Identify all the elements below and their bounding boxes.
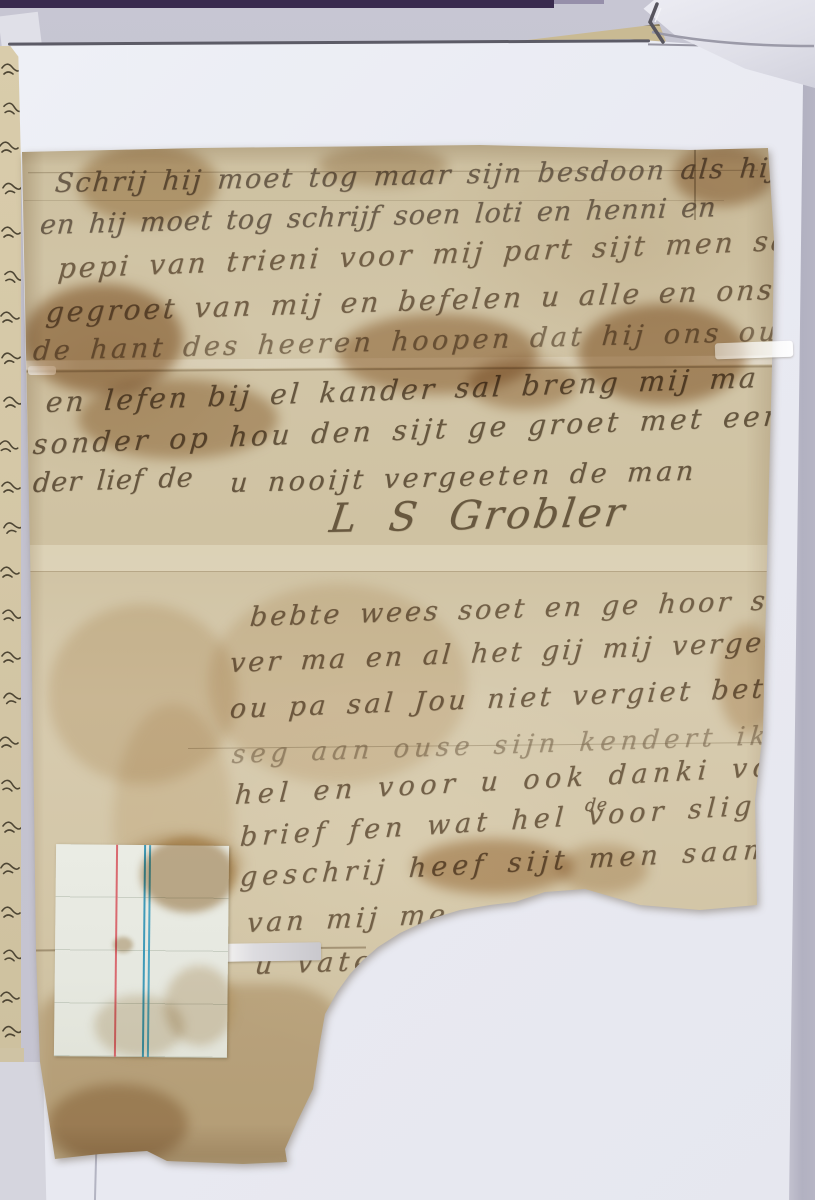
ledger-stain: [94, 995, 185, 1058]
tape-piece-silver: [225, 942, 321, 962]
stain: [78, 144, 218, 224]
handwritten-insert-above: de: [584, 795, 608, 816]
folded-paper-creases: [0, 0, 815, 120]
ledger-paper-patch: [54, 844, 229, 1058]
fold-band-middle: [18, 545, 780, 571]
fold-band-middle-edge: [18, 571, 773, 572]
stain: [78, 379, 278, 459]
tape-glint-right: [715, 341, 794, 360]
stain: [318, 146, 448, 186]
ledger-stain: [140, 837, 236, 913]
stain: [23, 284, 183, 394]
stain: [48, 1084, 188, 1164]
handwritten-line-torn: van mij me: [246, 899, 450, 939]
stain: [468, 359, 578, 409]
stain: [413, 839, 573, 894]
handwritten-line: der lief de: [32, 462, 195, 499]
signature-line: L S Grobler: [327, 490, 630, 542]
stain: [673, 144, 773, 206]
stain: [718, 624, 778, 734]
ledger-stain: [113, 937, 133, 953]
fold-crease-curve: [652, 32, 814, 46]
stain-pale: [208, 584, 468, 784]
